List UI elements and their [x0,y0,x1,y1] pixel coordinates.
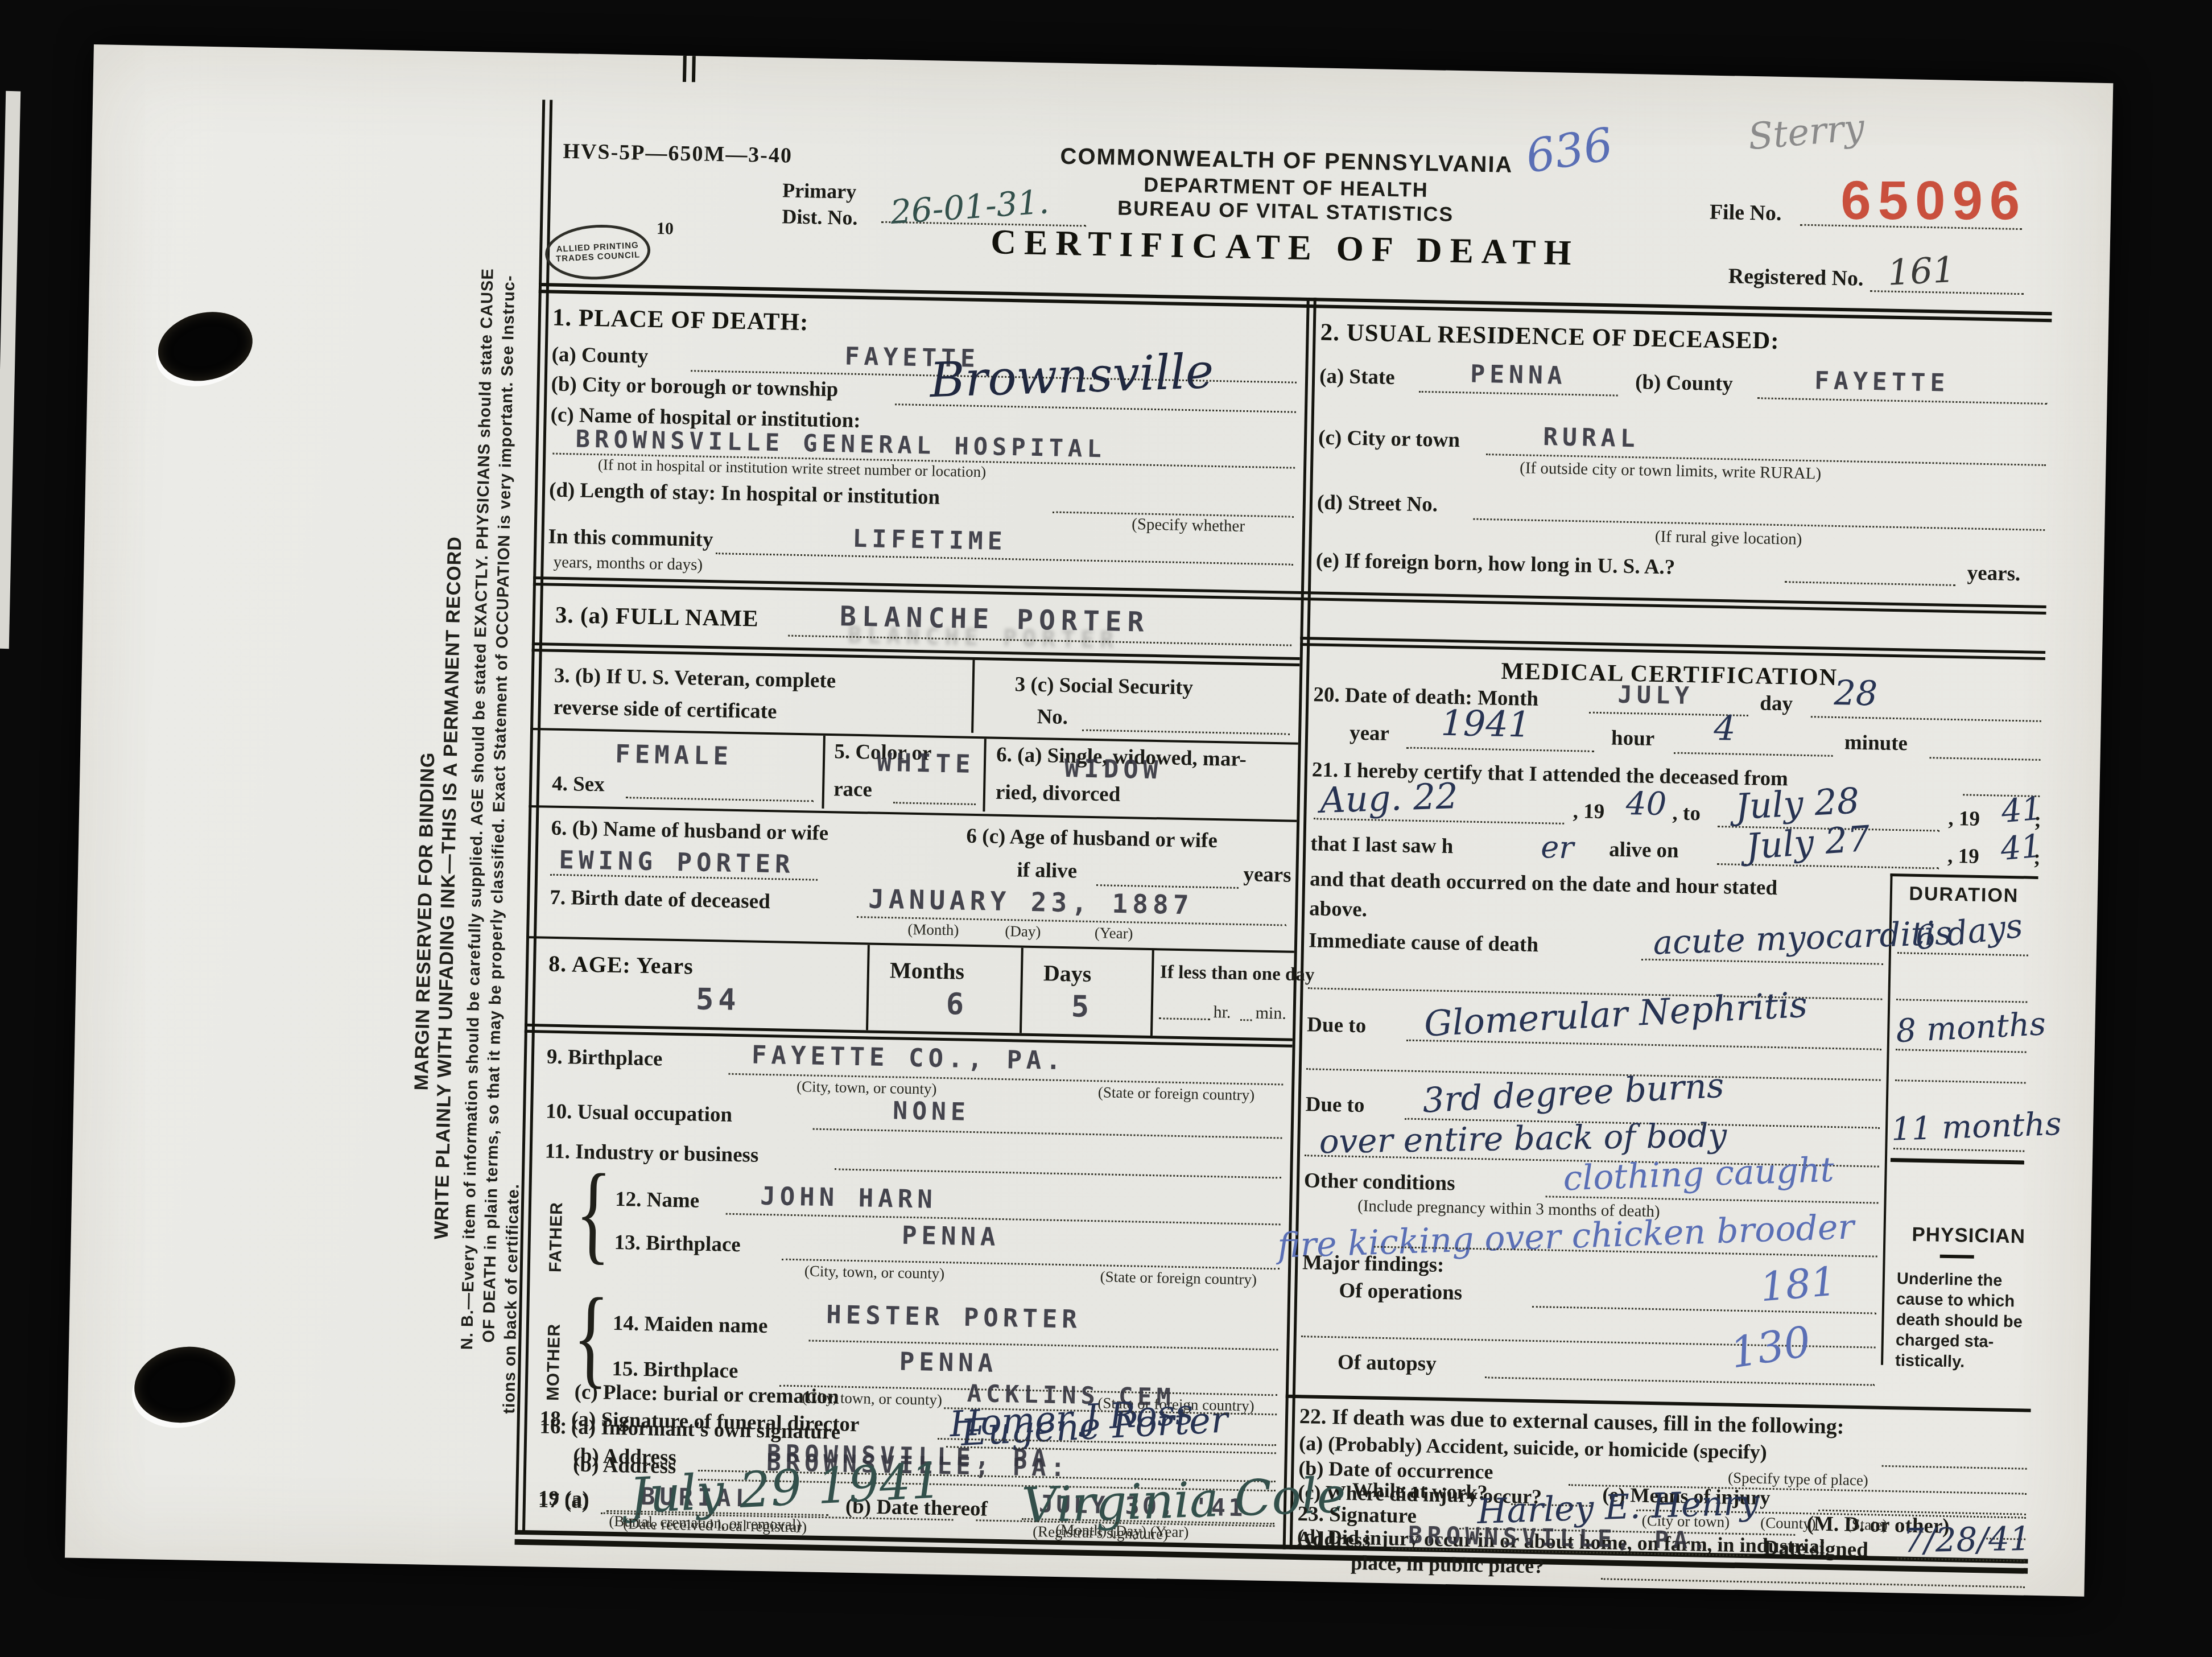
death-day-label: day [1760,691,1793,716]
mother-name-label: 14. Maiden name [613,1311,768,1338]
cell-divider [983,739,986,811]
residence-heading: 2. USUAL RESIDENCE OF DECEASED: [1320,318,1780,355]
marital-label-2: ried, divorced [996,780,1121,807]
dotted-line [808,1337,1278,1351]
print-19c: , 19 [1947,844,1979,869]
spouse-label: 6. (b) Name of husband or wife [551,816,828,846]
print-19a: , 19 [1573,799,1604,824]
registration-tick [683,56,687,82]
pod-community-value: LIFETIME [852,525,1007,556]
to-label: , to [1672,801,1701,826]
res-street-caption: (If rural give location) [1655,527,1802,549]
dotted-line [1096,881,1239,889]
operations-label: Of operations [1339,1278,1463,1305]
penciled-name: Sterry [1747,106,1866,158]
birth-date-captions: (Month) (Day) (Year) [907,921,1133,943]
place-of-death-heading: 1. PLACE OF DEATH: [552,304,808,337]
primary-label: Primary [782,178,857,203]
last-saw-mid: alive on [1609,837,1679,863]
print-19b: , 19 [1948,806,1980,831]
due1-label: Due to [1307,1012,1367,1038]
dotted-line [1406,1036,1881,1050]
sex-label: 4. Sex [552,772,605,797]
certifier-addr-label: Address [1297,1527,1371,1552]
spouse-age-suffix: years [1243,862,1291,888]
immediate-cause-value: acute myocarditis [1652,913,1952,962]
res-city-value: RURAL [1543,423,1640,453]
veteran-label-2: reverse side of certificate [553,695,777,724]
age-min-label: min. [1255,1004,1286,1024]
dist-no-label: Dist. No. [782,204,858,230]
dotted-line [1159,1014,1210,1020]
dotted-line [1601,1574,2025,1588]
file-no-label: File No. [1709,200,1781,226]
from-year-value: 40 [1625,785,1667,823]
duration-box-top [1891,873,2038,879]
color-value: WHITE [877,748,975,779]
last-saw-value: July 27 [1744,818,1871,868]
pod-community-caption: years, months or days) [553,553,703,575]
birthplace-cap2: (State or foreign country) [1098,1083,1255,1104]
spouse-age-label: 6 (c) Age of husband or wife [966,824,1218,853]
age-months-label: Months [890,957,965,985]
dotted-line [893,798,976,805]
physician-note-body: Underline the cause to which death shoul… [1895,1268,2031,1373]
dotted-line [1674,749,1833,757]
immediate-cause-label: Immediate cause of death [1309,928,1539,957]
penciled-number: 636 [1522,118,1616,184]
due1-value: Glomerular Nephritis [1423,984,1808,1045]
registered-no-value: 161 [1887,249,1956,294]
father-brace: { [575,1149,613,1277]
pod-community-label: In this community [548,524,713,552]
full-name-label: 3. (a) FULL NAME [555,601,759,632]
cell-divider [866,945,870,1030]
birthplace-value: FAYETTE CO., PA. [752,1041,1066,1076]
column-divider [1283,298,1310,1549]
ssn-label-1: 3 (c) Social Security [1014,672,1193,700]
printing-trades-seal: ALLIED PRINTING TRADES COUNCIL [544,222,652,282]
dotted-line [835,1165,1281,1178]
certificate-title: CERTIFICATE OF DEATH [991,222,1580,274]
seal-number: 10 [657,219,674,239]
father-bp-cap2: (State or foreign country) [1100,1268,1257,1288]
dotted-line [1893,1144,2024,1152]
page-edge-sliver [0,91,20,649]
death-day-value: 28 [1834,673,1878,714]
mother-name-value: HESTER PORTER [826,1300,1082,1334]
registrar-row-label: 19 (a) [538,1486,589,1511]
death-year-value: 1941 [1441,702,1531,745]
dotted-line [1896,995,2027,1003]
punch-hole-top [151,303,259,390]
dotted-line [1929,753,2040,761]
color-label-2: race [833,777,873,802]
age-days-label: Days [1043,959,1092,987]
dotted-line [1473,515,2045,531]
registered-no-label: Registered No. [1728,263,1864,291]
physician-title: PHYSICIAN [1912,1223,2025,1248]
form-left-border [515,100,545,1535]
section-rule [533,583,2046,615]
attended-from-value: Aug. 22 [1319,775,1459,821]
certifier-sig-label: 23. Signature [1297,1502,1417,1528]
mother-bp-value: PENNA [899,1347,997,1378]
semi: ; [2033,846,2041,870]
birthplace-label: 9. Birthplace [547,1045,663,1071]
operations-value: 181 [1758,1258,1838,1310]
date-signed-label: Date signed [1763,1536,1868,1563]
other-conditions-line1: clothing caught [1562,1150,1834,1199]
res-city-caption: (If outside city or town limits, write R… [1520,459,1822,483]
pod-city-label: (b) City or borough or township [551,372,838,402]
father-bp-cap1: (City, town, or county) [804,1262,945,1283]
res-county-value: FAYETTE [1814,366,1950,398]
res-foreign-label: (e) If foreign born, how long in U. S. A… [1316,548,1675,579]
age-months-value: 6 [946,987,968,1022]
death-minute-label: minute [1844,730,1908,756]
occurred-line2: above. [1309,896,1368,922]
dotted-line [726,1210,1281,1226]
autopsy-value: 130 [1727,1317,1814,1378]
death-year-label: year [1350,721,1390,746]
other-conditions-label: Other conditions [1304,1168,1455,1196]
res-state-label: (a) State [1319,364,1395,390]
full-name-value: BLANCHE PORTER [839,600,1150,638]
certificate-paper: MARGIN RESERVED FOR BINDING WRITE PLAINL… [65,44,2113,1597]
age-label: 8. AGE: Years [548,950,694,980]
scanned-death-certificate: MARGIN RESERVED FOR BINDING WRITE PLAINL… [0,0,2212,1657]
last-saw-pre: that I last saw h [1310,831,1454,859]
spouse-age-ifalive: if alive [1017,858,1078,883]
father-name-value: JOHN HARN [760,1182,937,1214]
age-years-value: 54 [695,983,741,1017]
dotted-line [1882,1462,2027,1470]
form-code: HVS-5P—650M—3-40 [563,139,793,168]
dotted-line [1785,578,1955,586]
pod-city-value-handwritten: Brownsville [929,343,1215,409]
while-at-work-label: While at work? [1352,1478,1488,1505]
physician-dash [1940,1255,1974,1259]
disposal-place-label: (c) Place: burial or cremation [574,1380,839,1409]
father-bp-label: 13. Birthplace [614,1230,741,1257]
dotted-line [1240,1016,1252,1021]
file-no-stamp: 65096 [1840,170,2027,233]
cell-divider [1020,948,1024,1033]
due2-label: Due to [1305,1092,1365,1118]
res-county-label: (b) County [1635,370,1733,396]
marital-value: WIDOW [1064,754,1162,785]
veteran-label-1: 3. (b) If U. S. Veteran, complete [554,663,836,694]
statistical-underline [1891,1158,2024,1165]
res-street-label: (d) Street No. [1317,490,1438,517]
registrar-sig-caption: (Registrar's signature) [1033,1523,1169,1543]
dotted-line [1406,744,1594,752]
date-signed-value: 7/28/41 [1903,1519,2031,1560]
last-saw-er: er [1541,829,1574,865]
autopsy-label: Of autopsy [1338,1350,1437,1376]
commonwealth-line: COMMONWEALTH OF PENNSYLVANIA [1060,144,1513,178]
due2-value-line1: 3rd degree burns [1422,1066,1725,1121]
pod-stay-label: (d) Length of stay: In hospital or insti… [549,478,940,510]
duration-header: DURATION [1909,883,2019,908]
cell-divider [822,736,825,809]
dotted-line [1485,1373,1875,1386]
father-name-label: 12. Name [615,1187,700,1213]
age-ifless-label: If less than one day [1160,962,1315,986]
cell-divider [1150,950,1154,1036]
father-side-label: FATHER [546,1177,567,1297]
cell-divider [971,660,975,733]
dotted-line [1082,726,1290,735]
birthplace-cap1: (City, town, or county) [797,1078,937,1098]
age-days-value: 5 [1071,990,1093,1024]
dotted-line [813,1125,1282,1139]
dotted-line [1895,1076,2026,1083]
age-hr-label: hr. [1213,1003,1231,1023]
registration-tick [692,56,696,82]
registrar-date-caption: (Date received local registrar) [623,1515,807,1536]
ssn-label-2: No. [1037,704,1068,729]
rule [526,936,1294,953]
occurred-line1: and that death occurred on the date and … [1310,867,1778,900]
pod-county-label: (a) County [551,343,648,369]
death-hour-value: 4 [1714,708,1736,749]
dotted-line [626,793,814,802]
dotted-line [1896,1045,2027,1053]
occupation-value: NONE [893,1097,970,1127]
major-findings-label: Major findings: [1302,1250,1445,1277]
father-bp-value: PENNA [902,1221,1000,1252]
res-city-label: (c) City or town [1318,425,1460,452]
birth-date-label: 7. Birth date of deceased [550,885,770,914]
punch-hole-bottom [129,1340,241,1430]
death-month-value: JULY [1617,681,1694,710]
occupation-label: 10. Usual occupation [546,1099,733,1127]
sex-value: FEMALE [615,740,733,771]
res-foreign-suffix: years. [1967,560,2020,586]
death-hour-label: hour [1611,726,1655,751]
pod-stay-caption: (Specify whether [1132,515,1245,536]
res-state-value: PENNA [1470,360,1567,390]
due2-duration: 11 months [1891,1106,2062,1148]
mother-bp-label: 15. Birthplace [612,1357,738,1383]
dotted-line [1811,712,2041,722]
due1-duration: 8 months [1895,1005,2047,1050]
external-d-line2: place, in public place? [1351,1551,1545,1578]
